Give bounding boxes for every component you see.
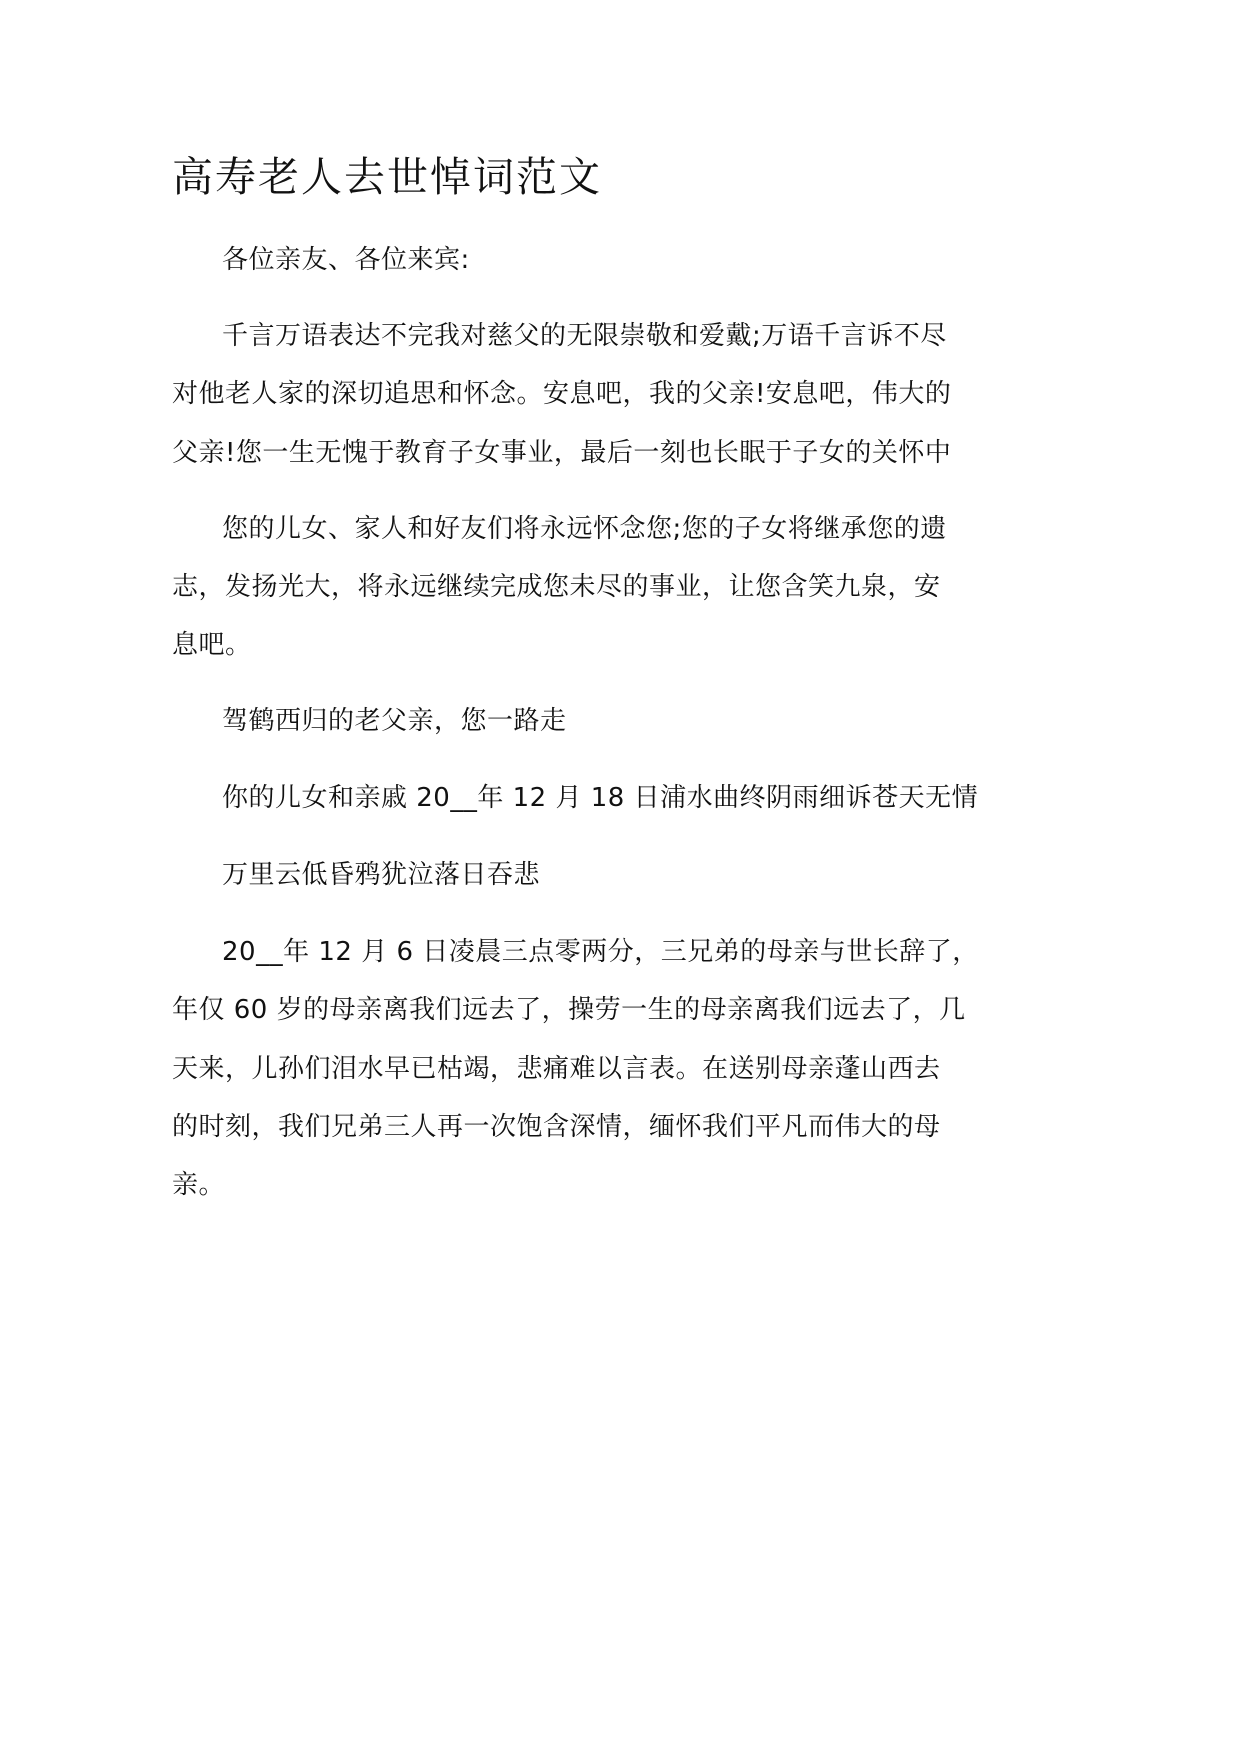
text-line: 志，发扬光大，将永远继续完成您未尽的事业，让您含笑九泉，安: [172, 570, 941, 604]
text-line: 20__年 12 月 6 日凌晨三点零两分，三兄弟的母亲与世长辞了，: [222, 935, 979, 969]
document-page: 高寿老人去世悼词范文 各位亲友、各位来宾: 千言万语表达不完我对慈父的无限崇敬和…: [0, 0, 1240, 1753]
text-line: 对他老人家的深切追思和怀念。安息吧，我的父亲!安息吧，伟大的: [172, 377, 951, 411]
text-line: 你的儿女和亲戚 20__年 12 月 18 日浦水曲终阴雨细诉苍天无情: [222, 781, 978, 815]
text-line: 息吧。: [172, 628, 252, 662]
text-line: 各位亲友、各位来宾:: [222, 243, 470, 277]
text-line: 的时刻，我们兄弟三人再一次饱含深情，缅怀我们平凡而伟大的母: [172, 1110, 941, 1144]
document-title: 高寿老人去世悼词范文: [172, 152, 602, 202]
text-line: 您的儿女、家人和好友们将永远怀念您;您的子女将继承您的遗: [222, 512, 947, 546]
text-line: 年仅 60 岁的母亲离我们远去了，操劳一生的母亲离我们远去了，几: [172, 993, 966, 1027]
text-line: 亲。: [172, 1168, 225, 1202]
text-line: 天来，儿孙们泪水早已枯竭，悲痛难以言表。在送别母亲蓬山西去: [172, 1052, 941, 1086]
text-line: 驾鹤西归的老父亲，您一路走: [222, 704, 567, 738]
text-line: 千言万语表达不完我对慈父的无限崇敬和爱戴;万语千言诉不尽: [222, 319, 947, 353]
text-line: 万里云低昏鸦犹泣落日吞悲: [222, 858, 540, 892]
text-line: 父亲!您一生无愧于教育子女事业，最后一刻也长眠于子女的关怀中: [172, 436, 951, 470]
